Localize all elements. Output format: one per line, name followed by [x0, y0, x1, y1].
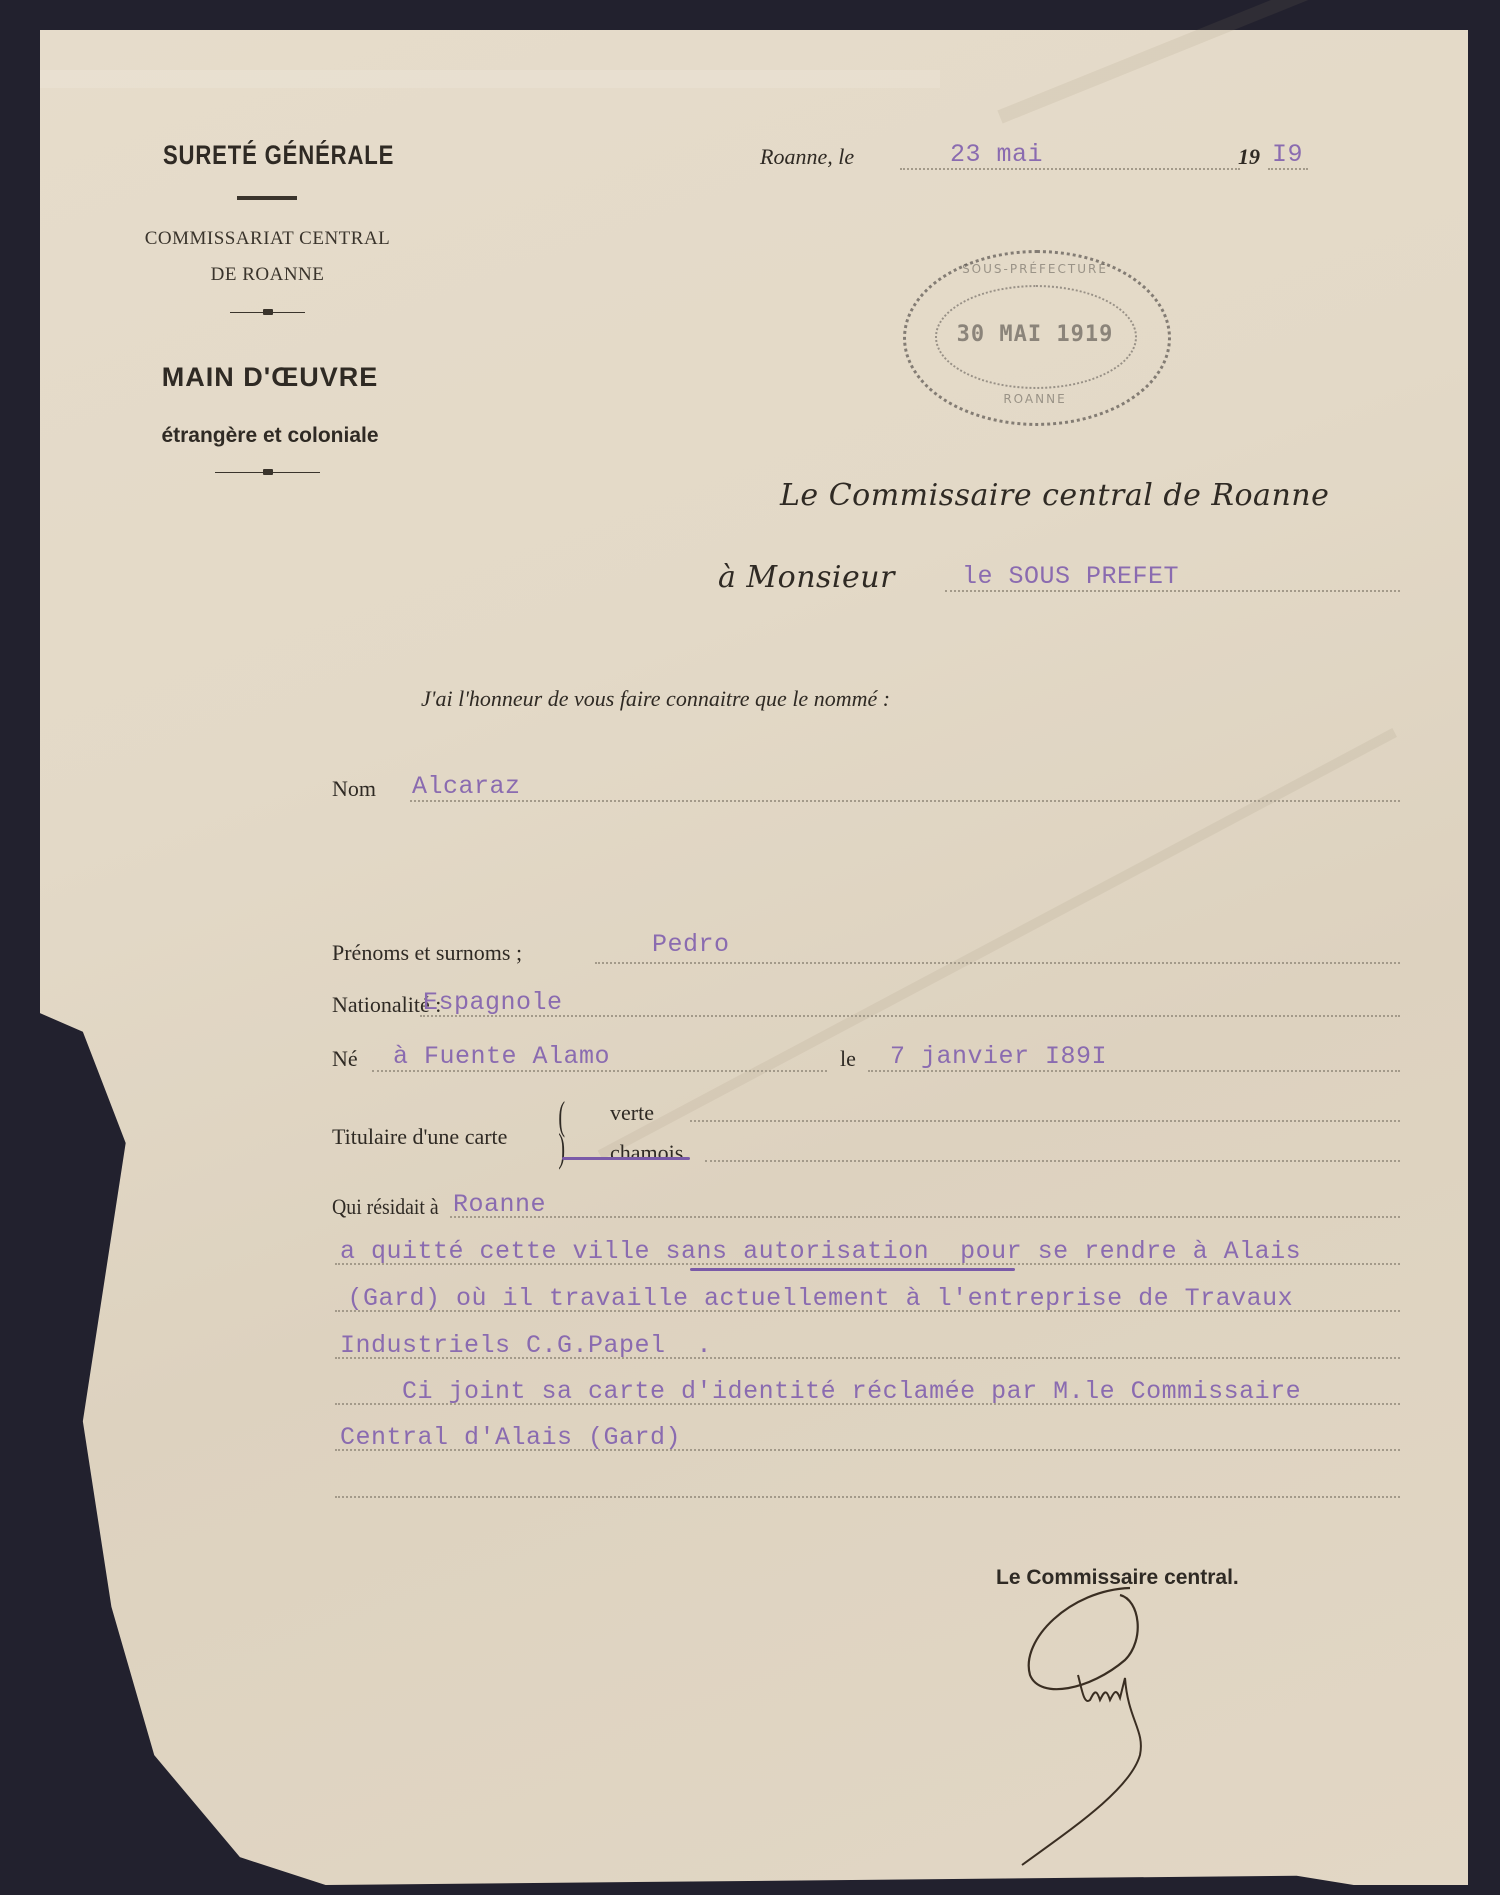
birthdate-value: 7 janvier I89I: [890, 1042, 1107, 1071]
carte-label: Titulaire d'une carte: [332, 1124, 507, 1150]
emphasis-underline: [690, 1268, 1015, 1271]
ne-value: à Fuente Alamo: [393, 1042, 610, 1071]
office-line-2: DE ROANNE: [130, 264, 405, 286]
dateline-place-label: Roanne, le: [760, 144, 854, 170]
nom-label: Nom: [332, 776, 376, 802]
body-line-3: Industriels C.G.Papel .: [340, 1331, 712, 1360]
nom-value: Alcaraz: [412, 772, 521, 801]
paper-fold: [40, 70, 940, 88]
stamp-ring-top-text: SOUS-PRÉFECTURE: [950, 262, 1120, 276]
recipient-value: le SOUS PREFET: [962, 562, 1179, 591]
carte-option-chamois: chamois: [610, 1140, 683, 1166]
body-line-5: Central d'Alais (Gard): [340, 1423, 681, 1452]
chamois-selection-mark: [562, 1157, 690, 1160]
department-subtitle: étrangère et coloniale: [120, 424, 420, 448]
stamp-date: 30 MAI 1919: [955, 322, 1115, 347]
prenoms-label: Prénoms et surnoms ;: [332, 940, 522, 966]
carte-verte-dots: [690, 1120, 1400, 1122]
nationalite-value: Espagnole: [423, 988, 563, 1017]
residence-label: Qui résidait à: [332, 1194, 439, 1220]
brace-bottom: ): [558, 1124, 565, 1171]
residence-dots: [450, 1216, 1400, 1218]
header-rule: [237, 196, 297, 200]
nom-dots: [410, 800, 1400, 802]
intro-sentence: J'ai l'honneur de vous faire connaitre q…: [421, 686, 890, 712]
dateline-day-month: 23 mai: [950, 140, 1043, 169]
dateline-year-suffix: I9: [1272, 140, 1303, 169]
dateline-year-prefix: 19: [1238, 144, 1260, 170]
recipient-label: à Monsieur: [718, 560, 895, 595]
carte-option-verte: verte: [610, 1100, 654, 1126]
nationalite-dots: [420, 1015, 1400, 1017]
sender-line: Le Commissaire central de Roanne: [780, 478, 1329, 513]
agency-title: SURETÉ GÉNÉRALE: [163, 140, 372, 171]
document-page: [40, 30, 1468, 1885]
stamp-ring-bottom-text: ROANNE: [950, 392, 1120, 406]
birthdate-label: le: [840, 1046, 856, 1072]
handwritten-signature: [1010, 1580, 1210, 1880]
body-line-dots-empty: [335, 1496, 1400, 1498]
prenoms-dots: [595, 962, 1400, 964]
body-line-4: Ci joint sa carte d'identité réclamée pa…: [340, 1377, 1301, 1406]
body-line-1: a quitté cette ville sans autorisation p…: [340, 1237, 1301, 1266]
prenoms-value: Pedro: [652, 930, 730, 959]
header-ornament: [230, 312, 305, 313]
department-title: MAIN D'ŒUVRE: [120, 362, 420, 393]
ne-label: Né: [332, 1046, 358, 1072]
office-line-1: COMMISSARIAT CENTRAL: [130, 228, 405, 250]
carte-chamois-dots: [705, 1160, 1400, 1162]
header-ornament: [215, 472, 320, 473]
residence-value: Roanne: [453, 1190, 546, 1219]
body-line-2: (Gard) où il travaille actuellement à l'…: [332, 1284, 1293, 1313]
